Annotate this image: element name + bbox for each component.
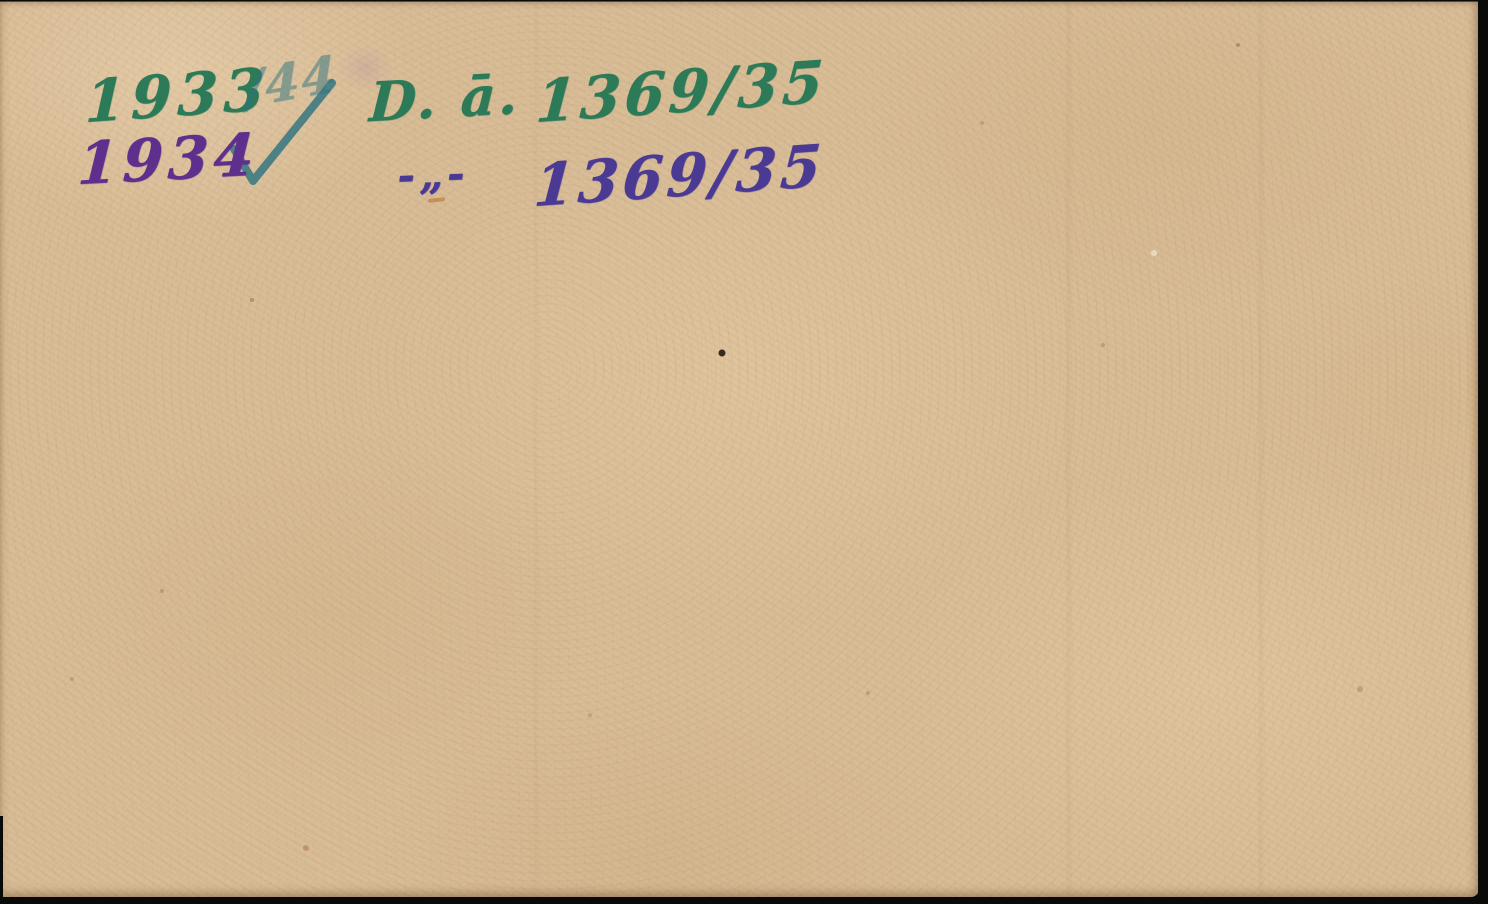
scanned-card: 1933 /44 1934 D. ā. 1369/35 -„- 1369/35	[0, 0, 1488, 904]
paper-card: 1933 /44 1934 D. ā. 1369/35 -„- 1369/35	[0, 1, 1479, 897]
scan-edge-top	[0, 0, 1488, 2]
annotation-year-1934: 1934	[76, 125, 260, 193]
annotation-ref-label: D. ā.	[368, 67, 522, 129]
scan-edge-corner	[0, 816, 3, 904]
annotation-ditto-mark: -„-	[397, 153, 469, 197]
scan-edge-bottom	[0, 897, 1488, 904]
scan-edge-right	[1478, 0, 1488, 904]
